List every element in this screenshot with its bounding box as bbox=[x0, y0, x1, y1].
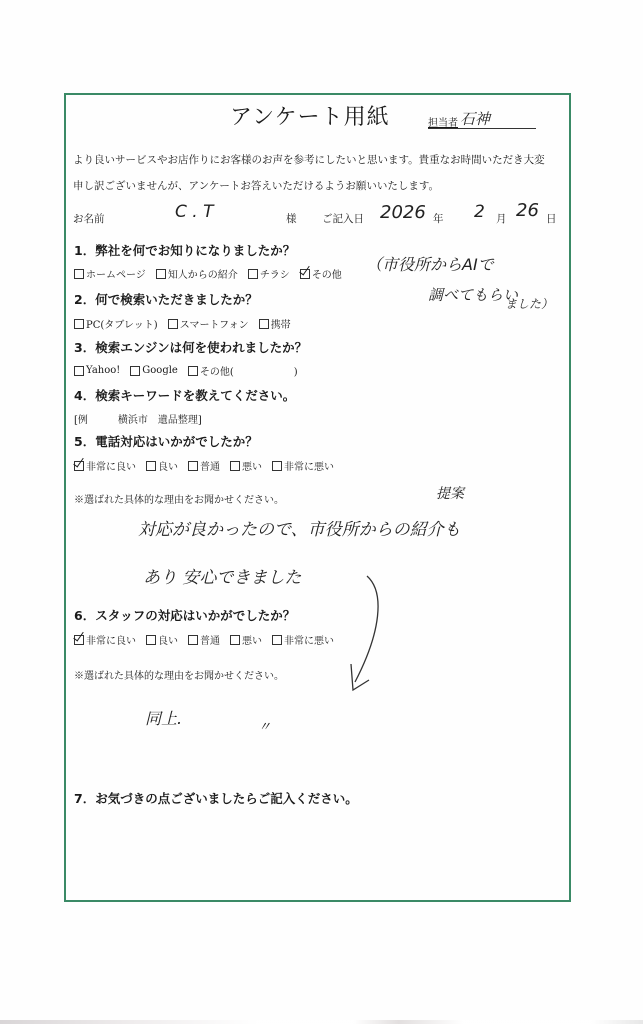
honorific: 様 bbox=[286, 211, 297, 226]
option-homepage[interactable]: ホームページ bbox=[74, 266, 146, 281]
checkbox[interactable] bbox=[230, 635, 240, 645]
option-bad[interactable]: 悪い bbox=[230, 632, 262, 647]
name-label: お名前 bbox=[73, 211, 105, 226]
checkbox[interactable] bbox=[188, 366, 198, 376]
q1-handwritten-line-3: ました） bbox=[505, 295, 553, 312]
date-month: 2 bbox=[474, 202, 485, 222]
scan-edge bbox=[0, 1020, 643, 1024]
form-title: アンケート用紙 bbox=[230, 100, 390, 131]
question-3-options: Yahoo! Google その他( ) bbox=[74, 363, 298, 378]
date-day: 26 bbox=[516, 200, 539, 221]
option-pc[interactable]: PC(タブレット) bbox=[74, 316, 158, 331]
checkbox[interactable] bbox=[146, 461, 156, 471]
checkbox[interactable] bbox=[272, 635, 282, 645]
name-value: C . T bbox=[175, 202, 213, 222]
option-very-good[interactable]: 非常に良い bbox=[74, 632, 136, 647]
q5-reason-prompt: ※選ばれた具体的な理由をお聞かせください。 bbox=[74, 491, 284, 506]
q1-handwritten-line-1: （市役所からAIで bbox=[366, 252, 494, 275]
month-label: 月 bbox=[496, 211, 507, 226]
option-flyer[interactable]: チラシ bbox=[248, 266, 290, 281]
checkbox[interactable] bbox=[259, 319, 269, 329]
checkbox[interactable] bbox=[74, 269, 84, 279]
question-3-title: 3．検索エンジンは何を使われましたか？ bbox=[74, 338, 307, 356]
option-google[interactable]: Google bbox=[130, 363, 178, 378]
question-6-options: 非常に良い 良い 普通 悪い 非常に悪い bbox=[74, 632, 334, 647]
question-2-title: 2．何で検索いただきましたか？ bbox=[74, 290, 258, 308]
checkbox[interactable] bbox=[74, 366, 84, 376]
intro-line-2: 申し訳ございませんが、アンケートお答えいただけるようお願いいたします。 bbox=[73, 178, 439, 193]
checkbox[interactable] bbox=[156, 269, 166, 279]
q5-handwritten-line-1: 対応が良かったので、市役所からの紹介も bbox=[138, 515, 461, 540]
question-6-title: 6．スタッフの対応はいかがでしたか？ bbox=[74, 606, 295, 624]
option-referral[interactable]: 知人からの紹介 bbox=[156, 266, 238, 281]
checkbox[interactable] bbox=[188, 461, 198, 471]
option-very-bad[interactable]: 非常に悪い bbox=[272, 632, 334, 647]
checkbox[interactable] bbox=[130, 366, 140, 376]
day-label: 日 bbox=[546, 211, 557, 226]
date-year: 2026 bbox=[380, 202, 426, 223]
question-4-title: 4．検索キーワードを教えてください。 bbox=[74, 386, 295, 404]
checkbox[interactable] bbox=[248, 269, 258, 279]
option-good[interactable]: 良い bbox=[146, 458, 178, 473]
q6-handwritten-line-1: 同上. bbox=[145, 706, 182, 729]
checkbox[interactable] bbox=[74, 319, 84, 329]
checkbox-checked[interactable] bbox=[300, 269, 310, 279]
option-yahoo[interactable]: Yahoo! bbox=[74, 363, 120, 378]
checkbox-checked[interactable] bbox=[74, 635, 84, 645]
checkbox[interactable] bbox=[168, 319, 178, 329]
q6-handwritten-ditto: 〃 bbox=[258, 716, 271, 735]
intro-line-1: より良いサービスやお店作りにお客様のお声を参考にしたいと思います。貴重なお時間い… bbox=[73, 152, 545, 167]
staff-name: 石神 bbox=[460, 108, 490, 129]
checkbox[interactable] bbox=[188, 635, 198, 645]
option-good[interactable]: 良い bbox=[146, 632, 178, 647]
year-label: 年 bbox=[433, 211, 444, 226]
staff-label: 担当者 bbox=[428, 114, 458, 129]
option-mobile[interactable]: 携帯 bbox=[259, 316, 291, 331]
staff-field: 担当者 石神 bbox=[428, 110, 536, 129]
option-average[interactable]: 普通 bbox=[188, 458, 220, 473]
q5-handwritten-line-2: あり 安心できました bbox=[143, 563, 301, 588]
q6-reason-prompt: ※選ばれた具体的な理由をお聞かせください。 bbox=[74, 667, 284, 682]
option-other-engine[interactable]: その他( ) bbox=[188, 363, 298, 378]
question-1-options: ホームページ 知人からの紹介 チラシ その他 bbox=[74, 266, 342, 281]
question-5-options: 非常に良い 良い 普通 悪い 非常に悪い bbox=[74, 458, 334, 473]
question-7-title: 7．お気づきの点ございましたらご記入ください。 bbox=[74, 789, 358, 807]
question-5-title: 5．電話対応はいかがでしたか？ bbox=[74, 432, 258, 450]
option-very-bad[interactable]: 非常に悪い bbox=[272, 458, 334, 473]
checkbox[interactable] bbox=[146, 635, 156, 645]
option-smartphone[interactable]: スマートフォン bbox=[168, 316, 249, 331]
checkbox-checked[interactable] bbox=[74, 461, 84, 471]
handwritten-arrow-icon bbox=[345, 572, 385, 697]
date-label: ご記入日 bbox=[322, 211, 364, 226]
q5-handwritten-correction: 提案 bbox=[436, 483, 464, 503]
question-2-options: PC(タブレット) スマートフォン 携帯 bbox=[74, 316, 291, 331]
checkbox[interactable] bbox=[272, 461, 282, 471]
question-1-title: 1．弊社を何でお知りになりましたか？ bbox=[74, 241, 295, 259]
option-average[interactable]: 普通 bbox=[188, 632, 220, 647]
question-4-example: [例 横浜市 遺品整理] bbox=[74, 411, 202, 426]
option-very-good[interactable]: 非常に良い bbox=[74, 458, 136, 473]
option-bad[interactable]: 悪い bbox=[230, 458, 262, 473]
option-other[interactable]: その他 bbox=[300, 266, 342, 281]
checkbox[interactable] bbox=[230, 461, 240, 471]
